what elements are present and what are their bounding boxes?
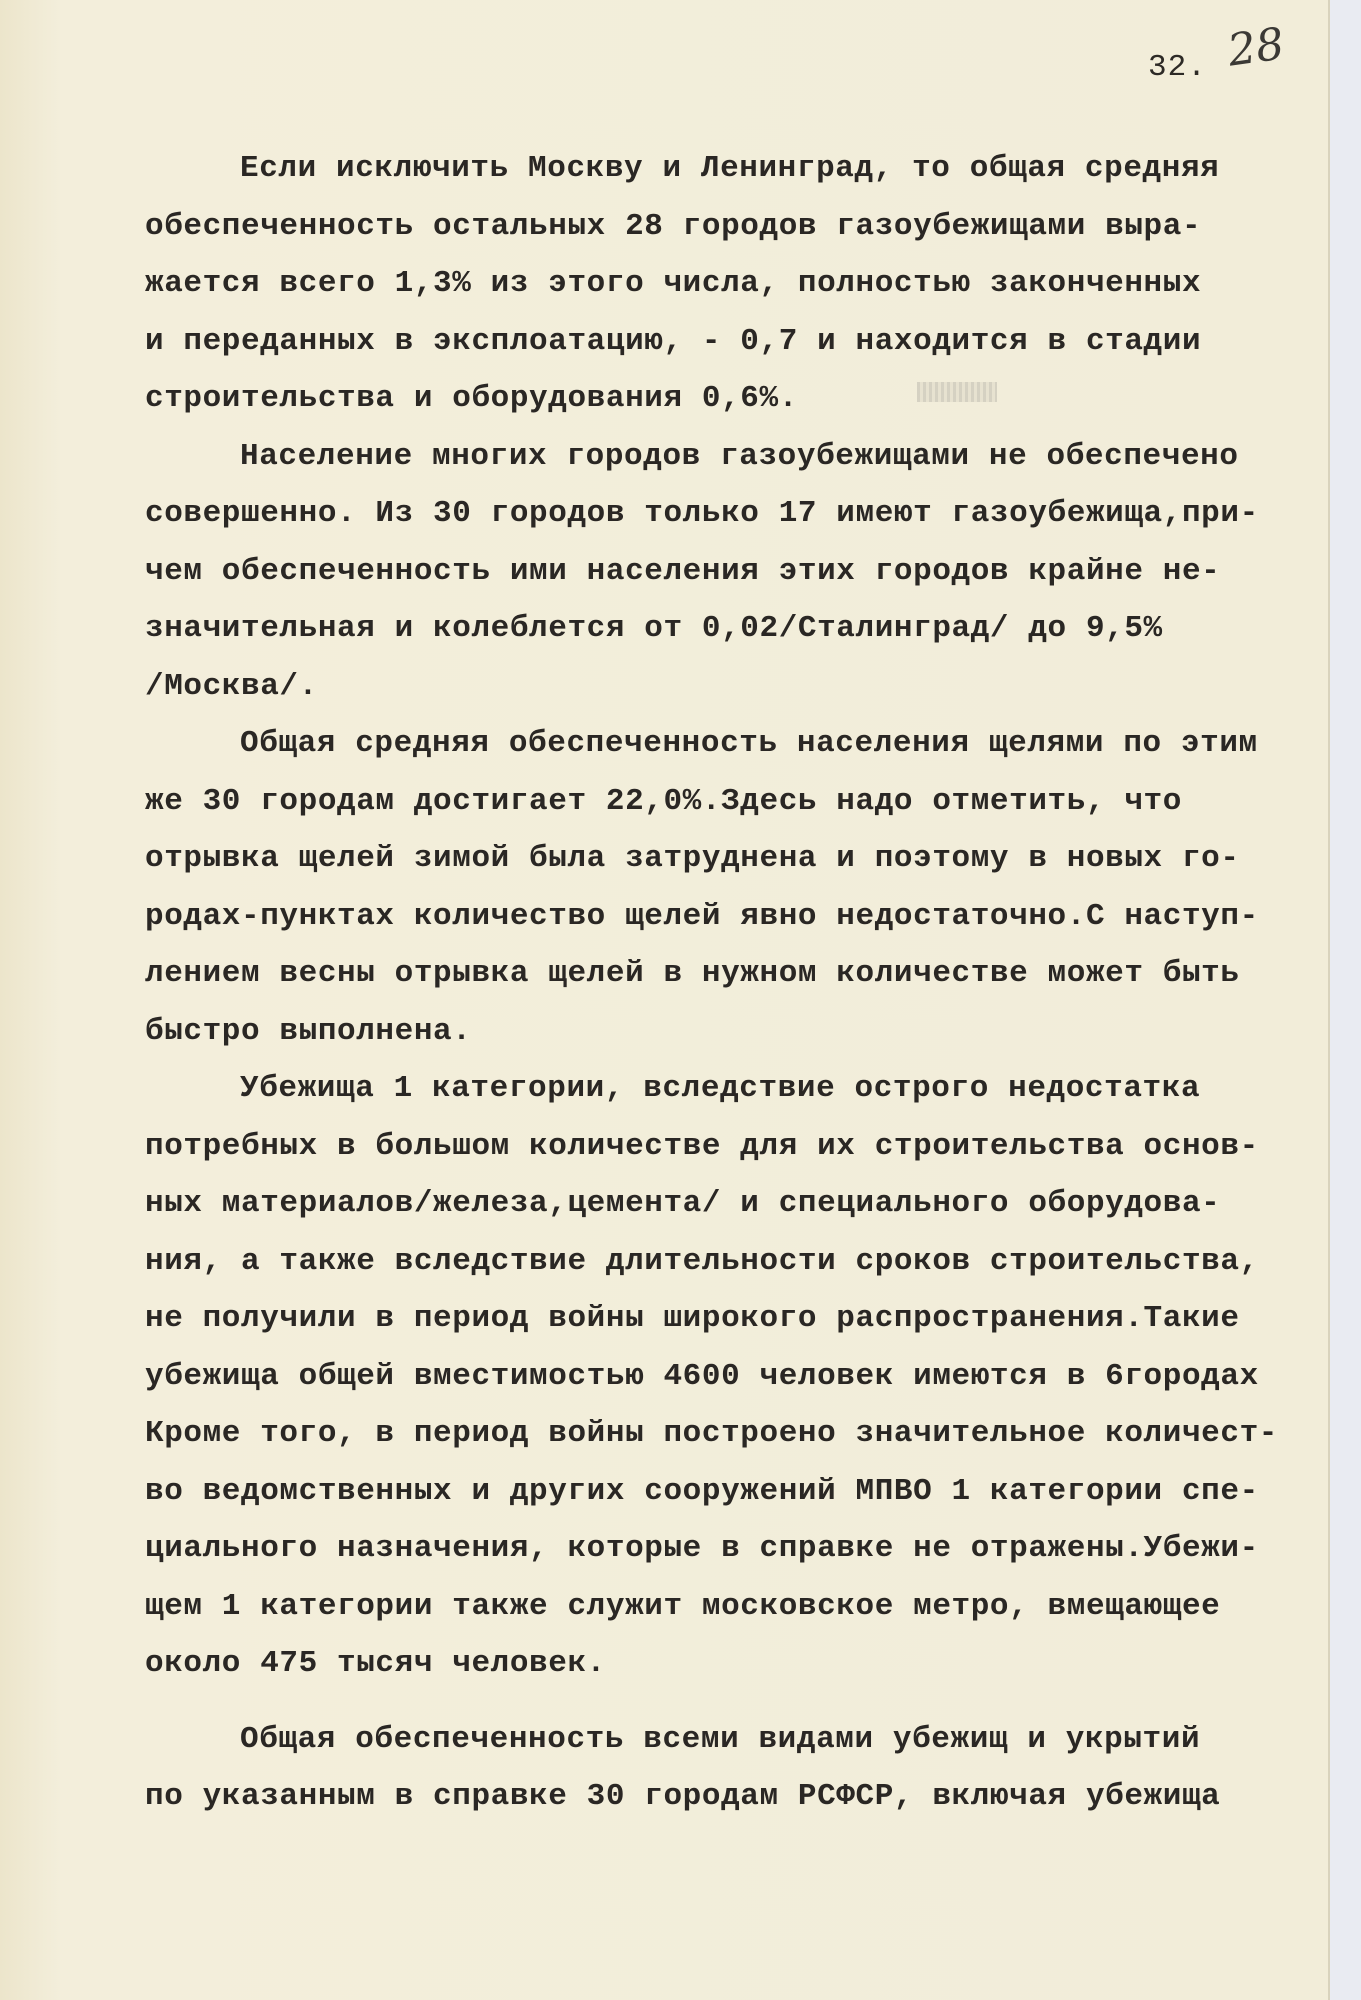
text-line: значительная и колеблется от 0,02/Сталин…: [145, 600, 1325, 658]
text-line: по указанным в справке 30 городам РСФСР,…: [145, 1768, 1325, 1826]
text-line: Население многих городов газоубежищами н…: [145, 428, 1325, 486]
text-line: лением весны отрывка щелей в нужном коли…: [145, 945, 1325, 1003]
text-line: /Москва/.: [145, 658, 1325, 716]
text-line: Кроме того, в период войны построено зна…: [145, 1405, 1325, 1463]
text-line: Общая обеспеченность всеми видами убежищ…: [145, 1711, 1325, 1769]
text-line: во ведомственных и других сооружений МПВ…: [145, 1463, 1325, 1521]
paragraph-4: Убежища 1 категории, вследствие острого …: [145, 1060, 1325, 1693]
text-line: и переданных в эксплоатацию, - 0,7 и нах…: [145, 313, 1325, 371]
text-line: Убежища 1 категории, вследствие острого …: [145, 1060, 1325, 1118]
text-line: родах-пунктах количество щелей явно недо…: [145, 888, 1325, 946]
text-line: ния, а также вследствие длительности сро…: [145, 1233, 1325, 1291]
text-line: Если исключить Москву и Ленинград, то об…: [145, 140, 1325, 198]
text-line: жается всего 1,3% из этого числа, полнос…: [145, 255, 1325, 313]
text-line: обеспеченность остальных 28 городов газо…: [145, 198, 1325, 256]
document-page: 32. 28 Если исключить Москву и Ленинград…: [0, 0, 1330, 2000]
paragraph-2: Население многих городов газоубежищами н…: [145, 428, 1325, 716]
paragraph-gap: [145, 1693, 1325, 1711]
text-line: не получили в период войны широкого расп…: [145, 1290, 1325, 1348]
text-line: около 475 тысяч человек.: [145, 1635, 1325, 1693]
text-line: Общая средняя обеспеченность населения щ…: [145, 715, 1325, 773]
text-line: быстро выполнена.: [145, 1003, 1325, 1061]
text-line: совершенно. Из 30 городов только 17 имею…: [145, 485, 1325, 543]
text-line: щем 1 категории также служит московское …: [145, 1578, 1325, 1636]
text-line: убежища общей вместимостью 4600 человек …: [145, 1348, 1325, 1406]
paragraph-5: Общая обеспеченность всеми видами убежищ…: [145, 1711, 1325, 1826]
text-line: отрывка щелей зимой была затруднена и по…: [145, 830, 1325, 888]
text-line: чем обеспеченность ими населения этих го…: [145, 543, 1325, 601]
page-number: 32.: [1148, 50, 1207, 85]
document-body: Если исключить Москву и Ленинград, то об…: [145, 140, 1325, 1826]
paragraph-1: Если исключить Москву и Ленинград, то об…: [145, 140, 1325, 428]
text-line: циального назначения, которые в справке …: [145, 1520, 1325, 1578]
text-line: ных материалов/железа,цемента/ и специал…: [145, 1175, 1325, 1233]
paragraph-3: Общая средняя обеспеченность населения щ…: [145, 715, 1325, 1060]
handwritten-folio-number: 28: [1225, 18, 1288, 76]
text-line: потребных в большом количестве для их ст…: [145, 1118, 1325, 1176]
text-line: же 30 городам достигает 22,0%.Здесь надо…: [145, 773, 1325, 831]
text-line: строительства и оборудования 0,6%.: [145, 370, 1325, 428]
